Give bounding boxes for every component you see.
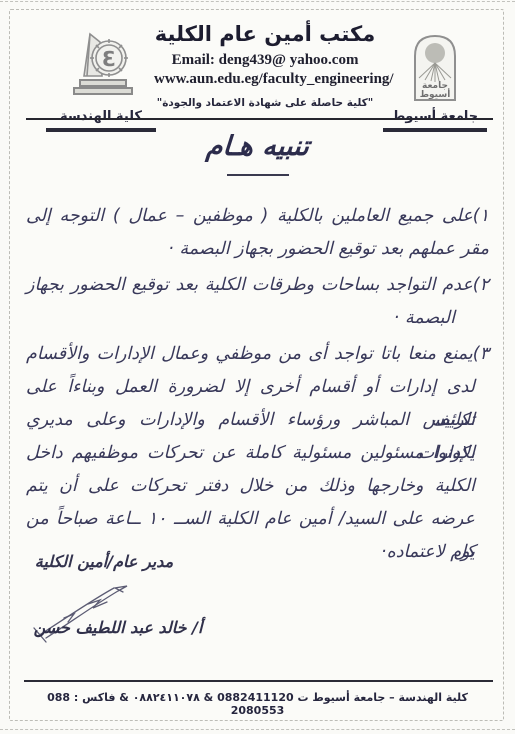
notice-line: ٢)عدم التواجد بساحات وطرقات الكلية بعد ت… <box>26 269 489 302</box>
university-logo-caption: جامعة أسيوط <box>383 109 487 124</box>
university-logo-block: جامعة أسيوط جامعة أسيوط <box>383 30 487 132</box>
notice-line: الرئيس المباشر ورؤساء الأقسام والإدارات … <box>26 404 475 437</box>
office-title: مكتب أمين عام الكلية <box>154 22 376 46</box>
notice-line: الكلية وخارجها وذلك من خلال دفتر تحركات … <box>26 470 475 503</box>
assiut-university-logo-icon: جامعة أسيوط <box>407 87 463 106</box>
scan-edge-line-top <box>0 1 515 2</box>
notice-line: ١)على جميع العاملين بالكلية ( موظفين – ع… <box>26 200 489 233</box>
engineering-faculty-logo-icon: Ɛ <box>60 87 142 106</box>
faculty-logo-block: Ɛ كلية الهندسة <box>46 30 156 132</box>
footer-separator-rule <box>24 680 493 682</box>
notice-heading-block: تنبيه هـام <box>0 131 515 176</box>
letterhead: Ɛ كلية الهندسة مكتب أمين عام الكلية Emai… <box>14 22 501 122</box>
footer-contact-line: كلية الهندسة – جامعة أسيوط ت 0882411120 … <box>20 691 495 717</box>
notice-item: ٢)عدم التواجد بساحات وطرقات الكلية بعد ت… <box>26 269 489 335</box>
notice-line: ٣)يمنع منعا باتا تواجد أى من موظفي وعمال… <box>26 338 489 371</box>
notice-line: عرضه على السيد/ أمين عام الكلية الســ ١٠… <box>26 503 475 536</box>
handwritten-signature <box>30 578 150 648</box>
signatory-name: أ/ خالد عبد اللطيف حسن <box>8 618 228 637</box>
letterhead-center: مكتب أمين عام الكلية Email: deng439@ yah… <box>154 22 376 109</box>
notice-line: البصمة · <box>26 302 455 335</box>
notice-heading-underline <box>227 174 289 176</box>
notice-item: ٣)يمنع منعا باتا تواجد أى من موظفي وعمال… <box>26 338 489 569</box>
notice-body: ١)على جميع العاملين بالكلية ( موظفين – ع… <box>26 200 489 572</box>
svg-text:أسيوط: أسيوط <box>420 88 451 100</box>
header-separator-rule <box>26 118 493 120</box>
email-line: Email: deng439@ yahoo.com <box>154 51 376 70</box>
signatory-role: مدير عام/أمين الكلية <box>14 552 194 571</box>
notice-item: ١)على جميع العاملين بالكلية ( موظفين – ع… <box>26 200 489 266</box>
faculty-logo-caption: كلية الهندسة <box>46 109 156 124</box>
accreditation-line: "كلية حاصلة على شهادة الاعتماد والجودة" <box>154 97 376 109</box>
notice-line: عملهم بعد توقيع الحضور بجهاز البصمة · <box>26 233 455 266</box>
notice-line: يكونوا مسئولين مسئولية كاملة عن تحركات م… <box>26 437 475 470</box>
scanned-letter-page: { "header": { "office_title": "مكتب أمين… <box>0 0 515 734</box>
scan-edge-line-bottom <box>0 729 515 730</box>
svg-text:Ɛ: Ɛ <box>102 47 116 71</box>
notice-heading: تنبيه هـام <box>205 131 310 162</box>
notice-line: لدى إدارات أو أقسام أخرى إلا لضرورة العم… <box>26 371 475 404</box>
website-line: www.aun.edu.eg/faculty_engineering/ <box>154 70 376 89</box>
